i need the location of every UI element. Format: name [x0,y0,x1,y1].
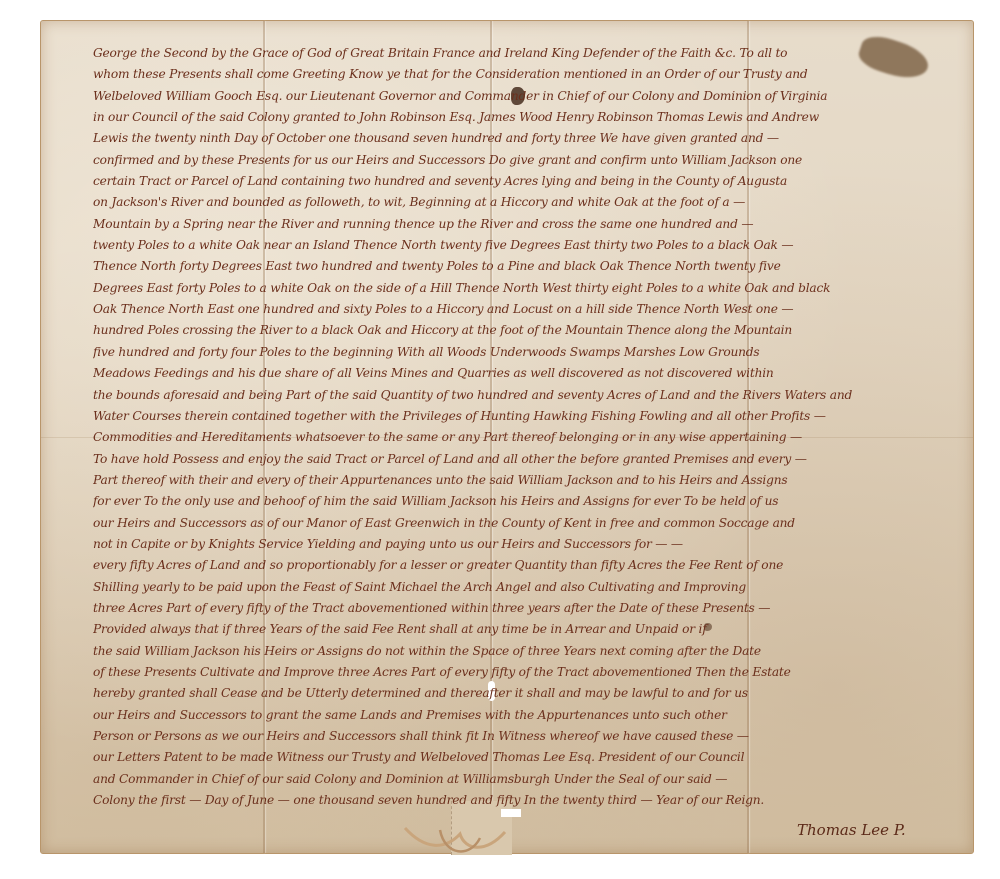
text-line: Commodities and Hereditaments whatsoever… [93,427,963,448]
text-line: hundred Poles crossing the River to a bl… [93,320,963,341]
land-grant-document: George the Second by the Grace of God of… [40,20,974,854]
text-line: our Heirs and Successors as of our Manor… [93,513,963,534]
text-line: Colony the first — Day of June — one tho… [93,790,963,811]
text-line: Lewis the twenty ninth Day of October on… [93,128,963,149]
text-line: on Jackson's River and bounded as follow… [93,192,963,213]
text-line: Oak Thence North East one hundred and si… [93,299,963,320]
text-line: hereby granted shall Cease and be Utterl… [93,683,963,704]
text-line: Degrees East forty Poles to a white Oak … [93,278,963,299]
text-line: George the Second by the Grace of God of… [93,43,963,64]
text-line: To have hold Possess and enjoy the said … [93,449,963,470]
document-body: George the Second by the Grace of God of… [93,43,963,811]
text-line: Water Courses therein contained together… [93,406,963,427]
text-line: in our Council of the said Colony grante… [93,107,963,128]
text-line: Person or Persons as we our Heirs and Su… [93,726,963,747]
text-line: five hundred and forty four Poles to the… [93,342,963,363]
text-line: of these Presents Cultivate and Improve … [93,662,963,683]
signature: Thomas Lee P. [797,821,906,839]
text-line: whom these Presents shall come Greeting … [93,64,963,85]
text-line: the bounds aforesaid and being Part of t… [93,385,963,406]
text-line: Provided always that if three Years of t… [93,619,963,640]
text-line: Thence North forty Degrees East two hund… [93,256,963,277]
text-line: Part thereof with their and every of the… [93,470,963,491]
text-line: the said William Jackson his Heirs or As… [93,641,963,662]
text-line: our Letters Patent to be made Witness ou… [93,747,963,768]
text-line: for ever To the only use and behoof of h… [93,491,963,512]
text-line: every fifty Acres of Land and so proport… [93,555,963,576]
text-line: Meadows Feedings and his due share of al… [93,363,963,384]
text-line: our Heirs and Successors to grant the sa… [93,705,963,726]
text-line: three Acres Part of every fifty of the T… [93,598,963,619]
text-line: twenty Poles to a white Oak near an Isla… [93,235,963,256]
text-line: certain Tract or Parcel of Land containi… [93,171,963,192]
seal-ribbon-icon [385,820,535,860]
text-line: Mountain by a Spring near the River and … [93,214,963,235]
text-line: Shilling yearly to be paid upon the Feas… [93,577,963,598]
text-line: Welbeloved William Gooch Esq. our Lieute… [93,86,963,107]
text-line: not in Capite or by Knights Service Yiel… [93,534,963,555]
text-line: and Commander in Chief of our said Colon… [93,769,963,790]
text-line: confirmed and by these Presents for us o… [93,150,963,171]
